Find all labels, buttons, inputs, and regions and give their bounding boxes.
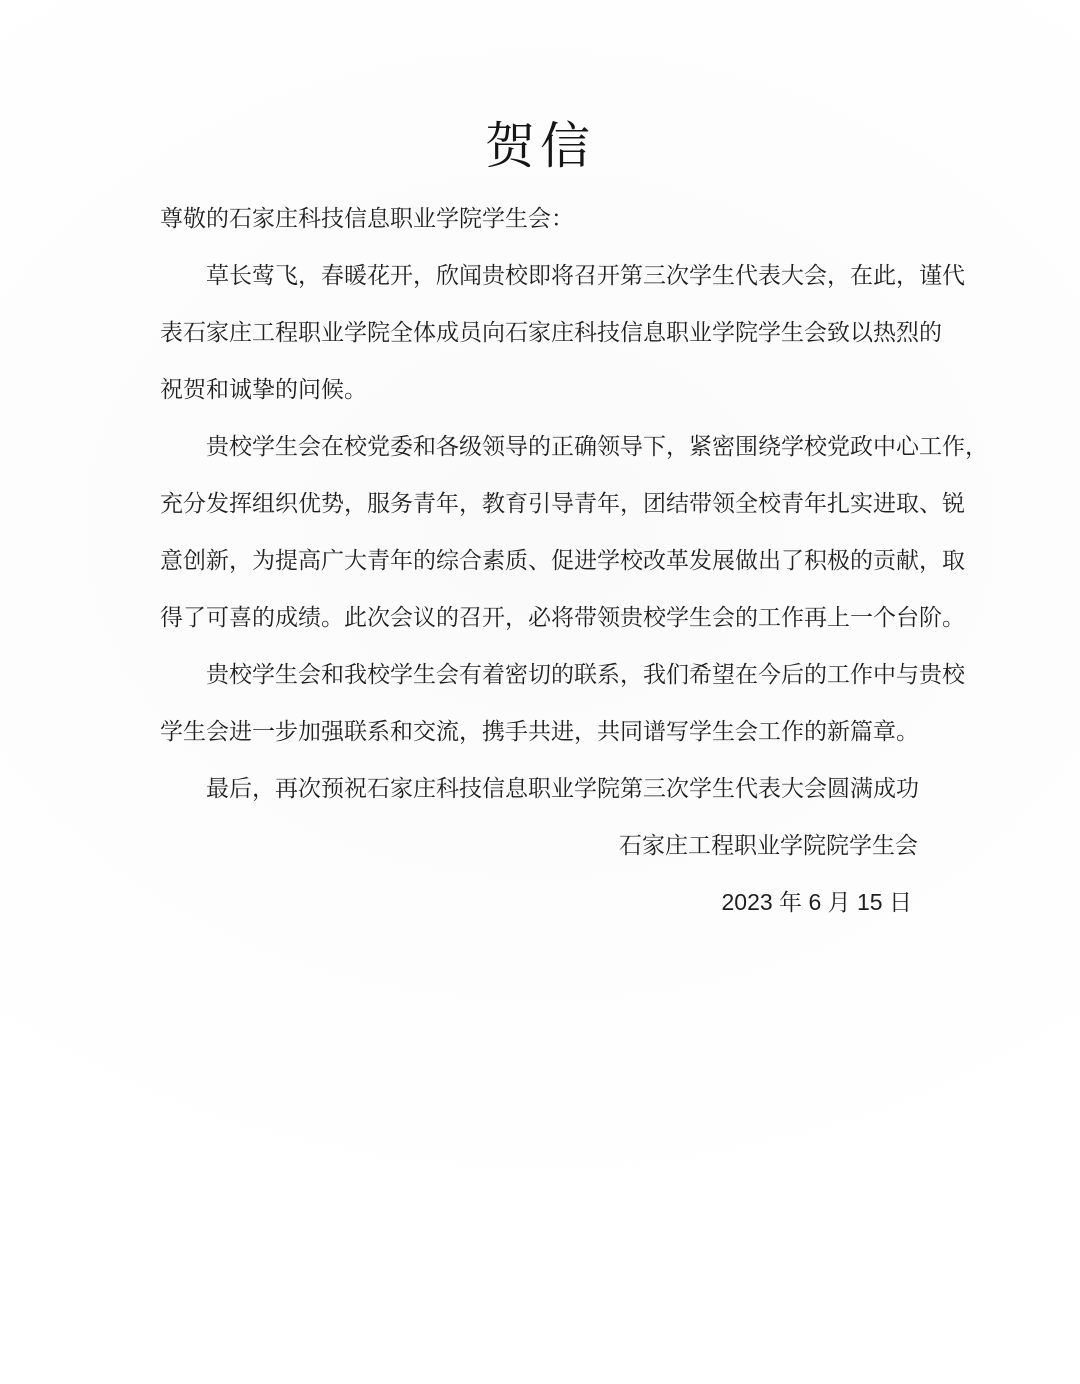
letter-line: 充分发挥组织优势，服务青年，教育引导青年，团结带领全校青年扎实进取、锐 [160, 475, 918, 532]
letter-date: 2023 年 6 月 15 日 [160, 874, 918, 931]
letter-line: 得了可喜的成绩。此次会议的召开，必将带领贵校学生会的工作再上一个台阶。 [160, 589, 918, 646]
letter-line: 意创新，为提高广大青年的综合素质、促进学校改革发展做出了积极的贡献，取 [160, 532, 918, 589]
letter-line: 贵校学生会和我校学生会有着密切的联系，我们希望在今后的工作中与贵校 [160, 646, 918, 703]
letter-title: 贺信 [0, 116, 1080, 176]
letter-line: 尊敬的石家庄科技信息职业学院学生会： [160, 190, 918, 247]
letter-line: 贵校学生会在校党委和各级领导的正确领导下，紧密围绕学校党政中心工作， [160, 418, 918, 475]
letter-line: 表石家庄工程职业学院全体成员向石家庄科技信息职业学院学生会致以热烈的 [160, 304, 918, 361]
letter-line: 最后，再次预祝石家庄科技信息职业学院第三次学生代表大会圆满成功 [160, 760, 918, 817]
letter-line: 祝贺和诚挚的问候。 [160, 361, 918, 418]
letter-line: 学生会进一步加强联系和交流，携手共进，共同谱写学生会工作的新篇章。 [160, 703, 918, 760]
letter-line: 草长莺飞，春暖花开，欣闻贵校即将召开第三次学生代表大会，在此，谨代 [160, 247, 918, 304]
letter-signature: 石家庄工程职业学院院学生会 [160, 817, 918, 874]
letter-body: 尊敬的石家庄科技信息职业学院学生会：草长莺飞，春暖花开，欣闻贵校即将召开第三次学… [160, 190, 918, 931]
letter-page: 贺信 尊敬的石家庄科技信息职业学院学生会：草长莺飞，春暖花开，欣闻贵校即将召开第… [0, 0, 1080, 1384]
